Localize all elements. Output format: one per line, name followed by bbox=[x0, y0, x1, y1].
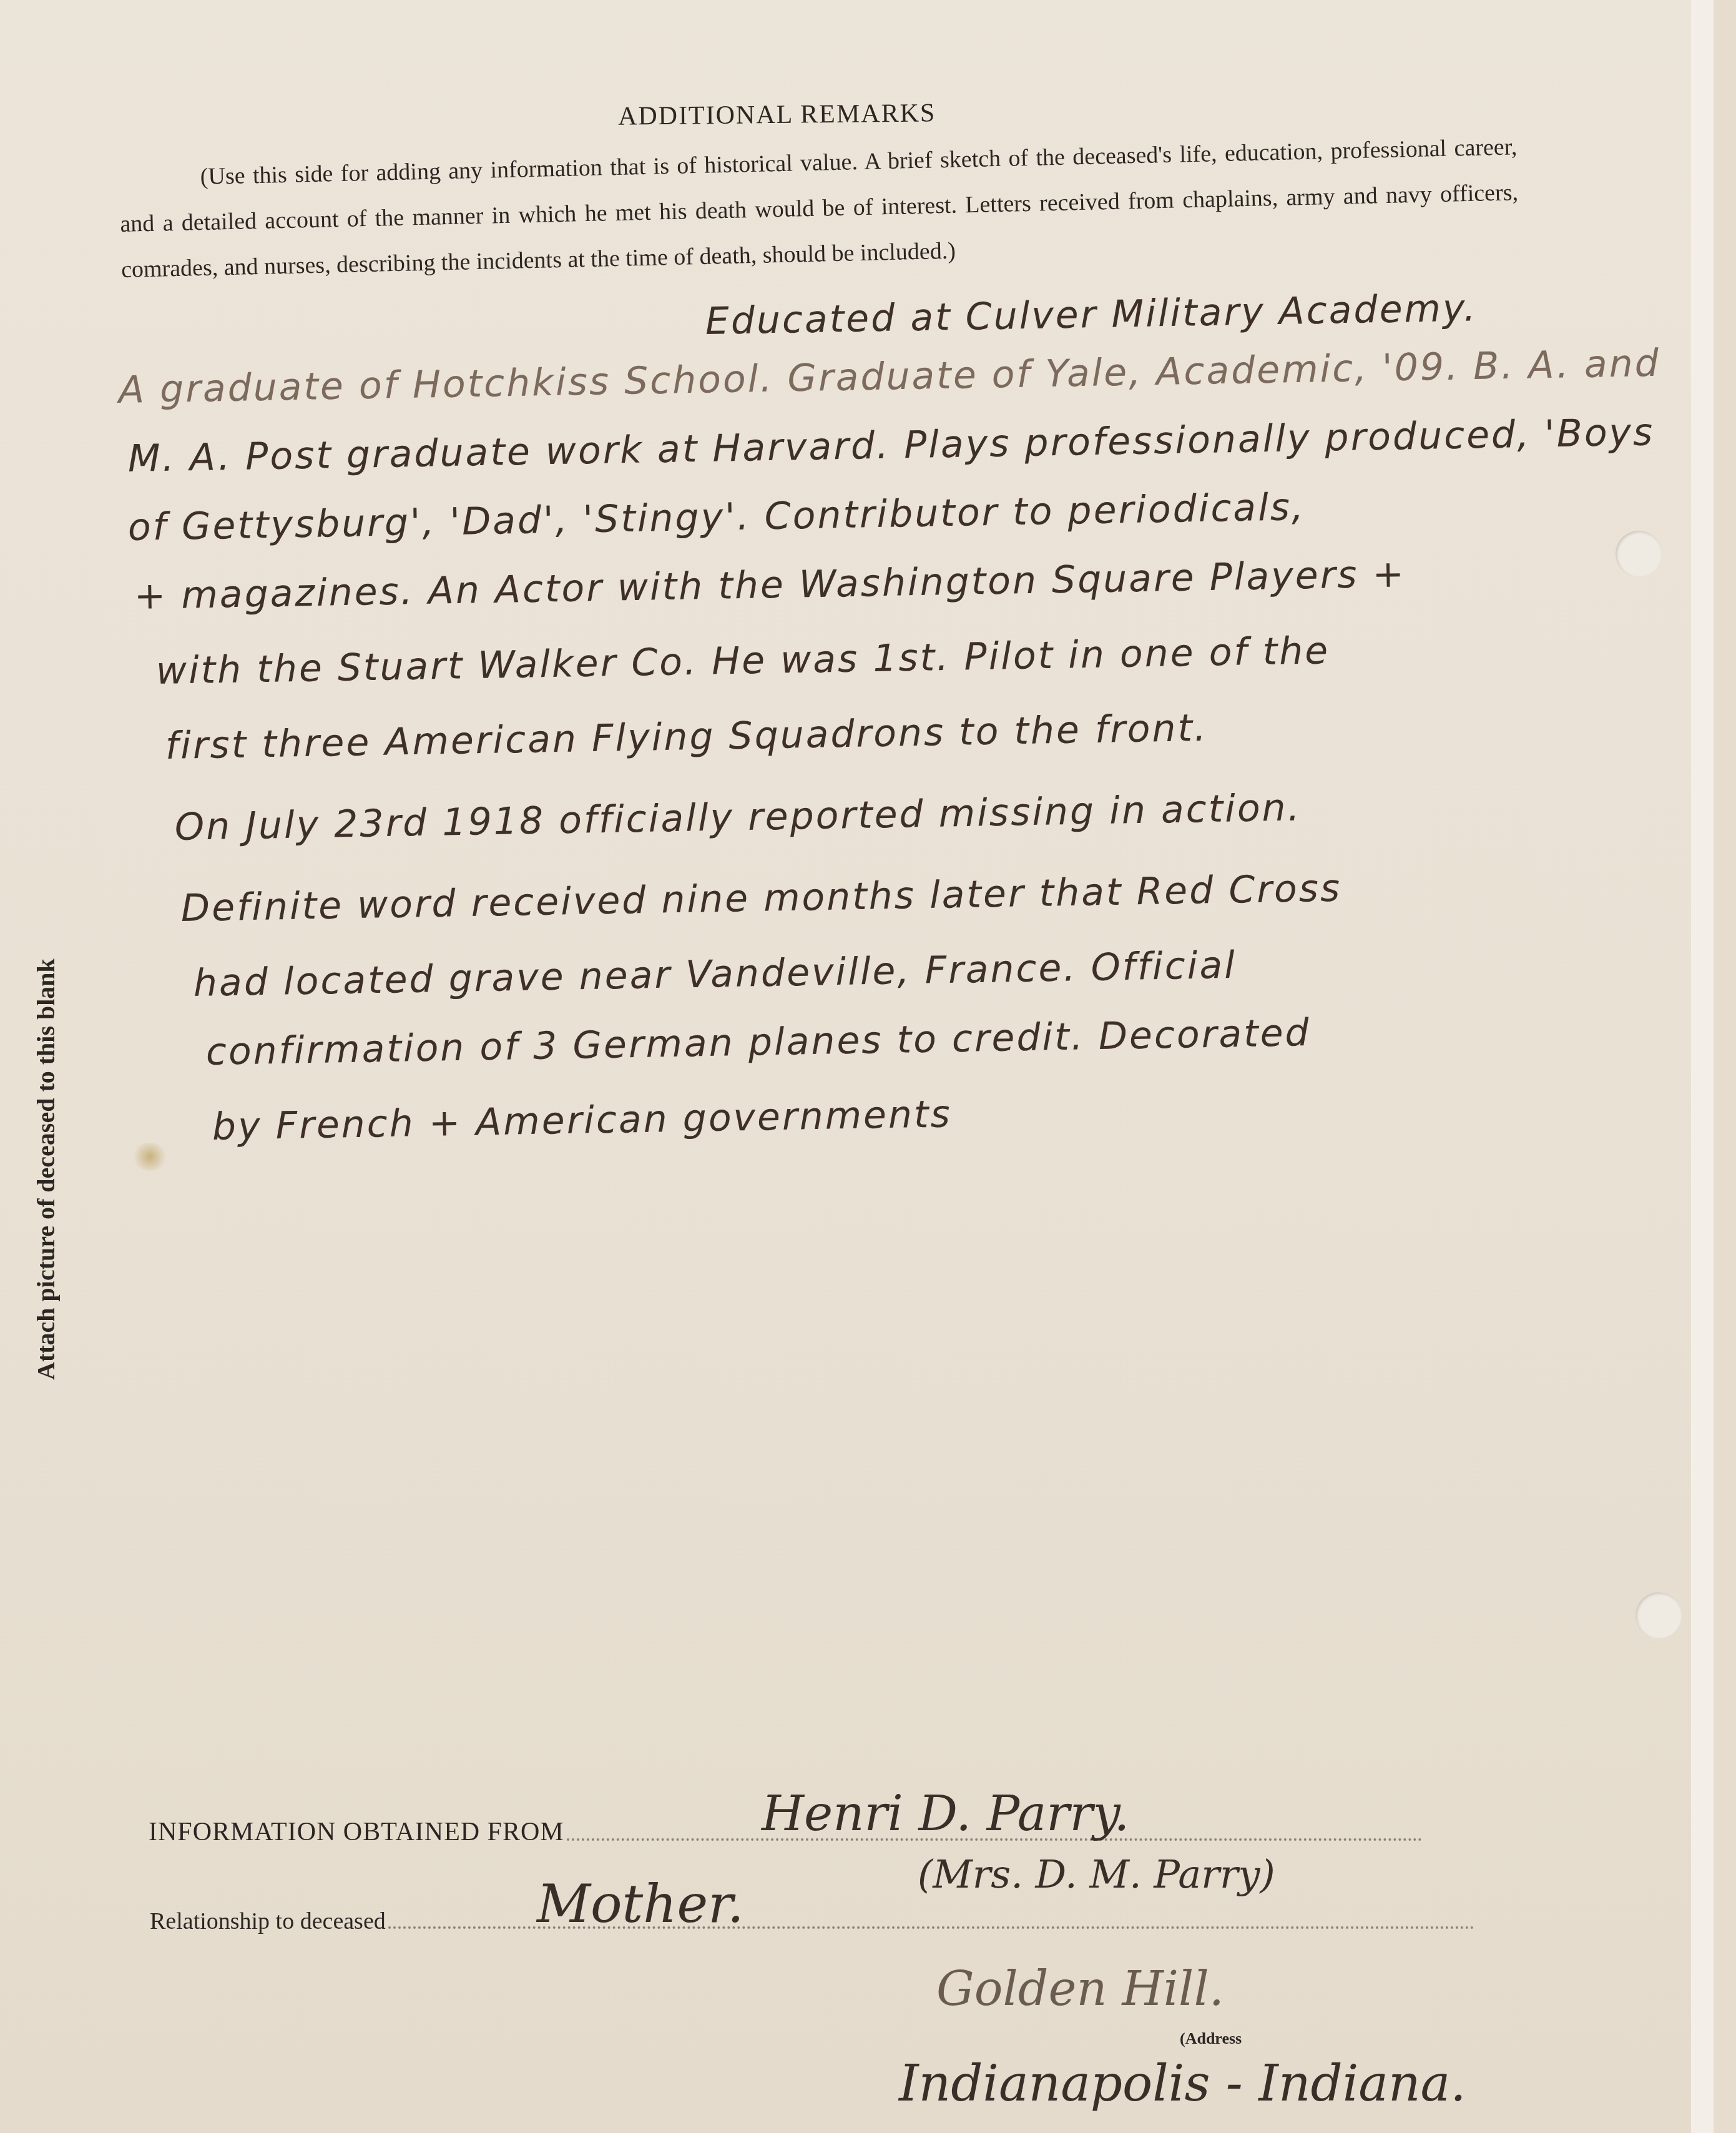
remarks-line-5: + magazines. An Actor with the Washingto… bbox=[134, 552, 1406, 618]
remarks-line-4: of Gettysburg', 'Dad', 'Stingy'. Contrib… bbox=[127, 485, 1305, 549]
remarks-line-9: Definite word received nine months later… bbox=[180, 867, 1341, 930]
remarks-line-3: M. A. Post graduate work at Harvard. Pla… bbox=[127, 410, 1655, 481]
form-page: ADDITIONAL REMARKS (Use this side for ad… bbox=[0, 0, 1714, 2133]
page-edge bbox=[1691, 0, 1714, 2133]
remarks-line-7: first three American Flying Squadrons to… bbox=[165, 706, 1208, 768]
attach-picture-label: Attach picture of deceased to this blank bbox=[31, 958, 61, 1380]
relationship-field: Relationship to deceased bbox=[150, 1908, 1474, 1935]
information-obtained-from-label: INFORMATION OBTAINED FROM bbox=[149, 1817, 564, 1847]
remarks-line-12: by French + American governments bbox=[212, 1092, 952, 1149]
address-caption: (Address bbox=[1180, 2029, 1242, 2048]
remarks-line-11: confirmation of 3 German planes to credi… bbox=[205, 1011, 1311, 1074]
remarks-line-1: Educated at Culver Military Academy. bbox=[705, 286, 1478, 343]
address-line-2: Indianapolis - Indiana. bbox=[899, 2054, 1466, 2112]
relationship-value: Mother. bbox=[537, 1873, 744, 1934]
remarks-line-10: had located grave near Vandeville, Franc… bbox=[193, 943, 1237, 1005]
information-obtained-from-subvalue: (Mrs. D. M. Parry) bbox=[918, 1851, 1275, 1897]
instructions-text: (Use this side for adding any informatio… bbox=[119, 124, 1519, 293]
information-obtained-from-value: Henri D. Parry. bbox=[762, 1786, 1129, 1842]
paper-stain bbox=[131, 1143, 169, 1171]
punch-hole-top bbox=[1616, 531, 1662, 577]
remarks-line-8: On July 23rd 1918 officially reported mi… bbox=[174, 786, 1302, 849]
remarks-line-6: with the Stuart Walker Co. He was 1st. P… bbox=[155, 629, 1330, 693]
remarks-line-2: A graduate of Hotchkiss School. Graduate… bbox=[118, 342, 1660, 412]
instructions-body: (Use this side for adding any informatio… bbox=[120, 134, 1518, 283]
punch-hole-bottom bbox=[1635, 1592, 1682, 1638]
relationship-label: Relationship to deceased bbox=[150, 1908, 386, 1935]
page-title: ADDITIONAL REMARKS bbox=[618, 98, 936, 131]
address-line-1: Golden Hill. bbox=[936, 1961, 1224, 2016]
